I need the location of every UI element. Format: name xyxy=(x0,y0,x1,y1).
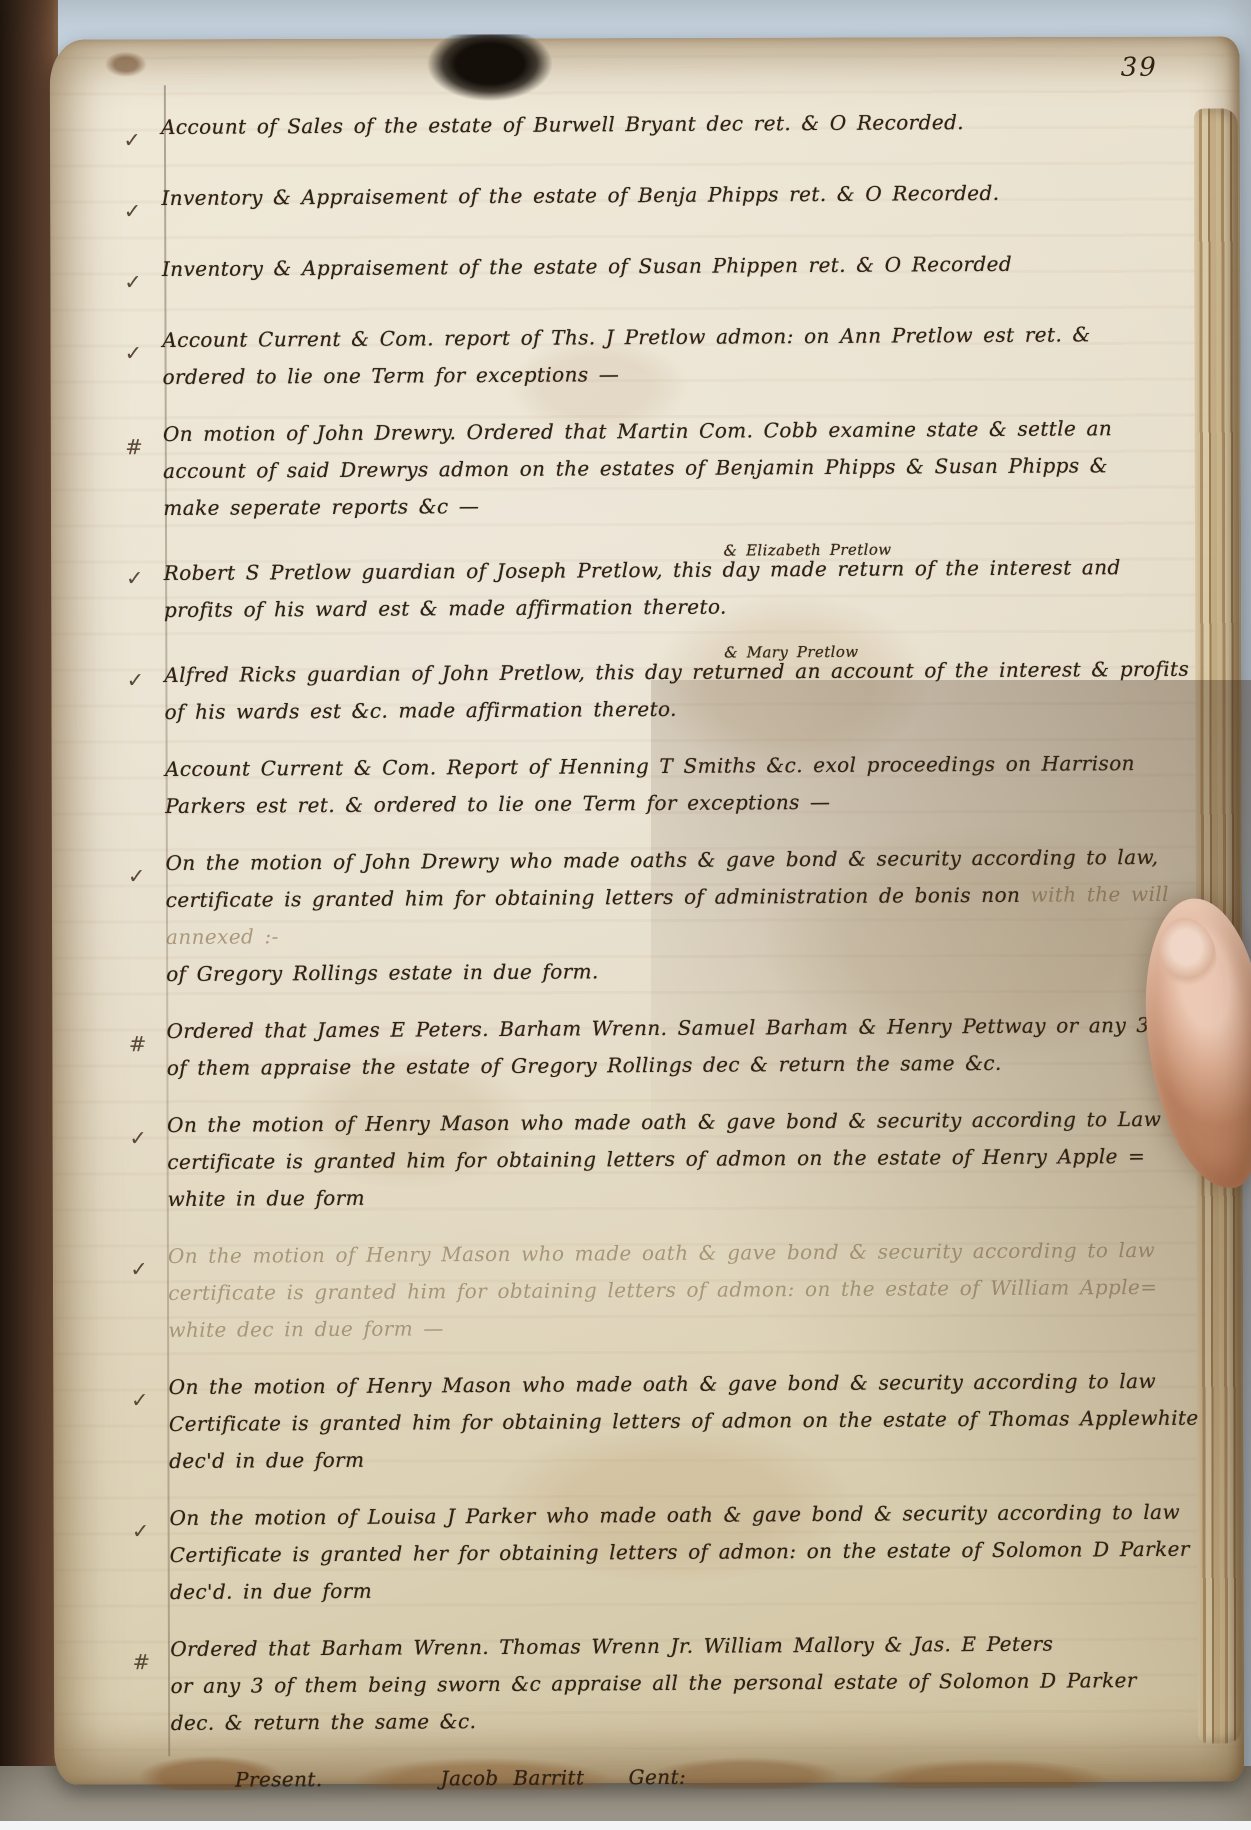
entry-body: On the motion of John Drewry who made oa… xyxy=(165,838,1208,992)
line-text: account of said Drewrys admon on the est… xyxy=(163,453,1108,483)
manuscript-line: Certificate is granted him for obtaining… xyxy=(169,1399,1211,1442)
margin-mark xyxy=(113,1761,171,1798)
manuscript-line: Inventory & Appraisement of the estate o… xyxy=(162,244,1204,287)
entry-body: On motion of John Drewry. Ordered that M… xyxy=(163,409,1206,526)
manuscript-line: On the motion of Henry Mason who made oa… xyxy=(167,1100,1209,1143)
margin-mark: ✓ xyxy=(104,322,162,396)
manuscript-line: Certificate is granted her for obtaining… xyxy=(170,1530,1212,1573)
manuscript-entry: #Ordered that Barham Wrenn. Thomas Wrenn… xyxy=(112,1624,1213,1742)
line-text: On the motion of Henry Mason who made oa… xyxy=(167,1106,1161,1136)
margin-mark xyxy=(107,751,165,825)
manuscript-entry: Account Current & Com. Report of Henning… xyxy=(107,744,1207,825)
entry-body: Ordered that Barham Wrenn. Thomas Wrenn … xyxy=(170,1624,1213,1741)
manuscript-entry: Present. Jacob Barritt Gent: xyxy=(113,1755,1213,1799)
margin-mark: # xyxy=(105,416,164,527)
manuscript-line: make seperate reports &c — xyxy=(163,483,1205,526)
book-photo: 39 ✓Account of Sales of the estate of Bu… xyxy=(0,0,1251,1830)
manuscript-entry: ✓& Elizabeth PretlowRobert S Pretlow gua… xyxy=(106,540,1206,629)
margin-mark: ✓ xyxy=(107,845,166,993)
manuscript-line: dec. & return the same &c. xyxy=(171,1698,1213,1741)
line-text: Account Current & Com. report of Ths. J … xyxy=(162,322,1090,352)
line-text: Inventory & Appraisement of the estate o… xyxy=(162,251,1012,280)
entry-body: On the motion of Henry Mason who made oa… xyxy=(167,1100,1210,1217)
manuscript-line: Account Current & Com. Report of Henning… xyxy=(165,744,1207,787)
entry-body: On the motion of Henry Mason who made oa… xyxy=(168,1231,1211,1348)
manuscript-entry: #On motion of John Drewry. Ordered that … xyxy=(105,409,1206,527)
entry-body: Account of Sales of the estate of Burwel… xyxy=(161,103,1203,160)
margin-mark: ✓ xyxy=(111,1499,170,1610)
manuscript-entry: #Ordered that James E Peters. Barham Wre… xyxy=(108,1006,1208,1087)
manuscript-line: dec'd in due form xyxy=(169,1436,1211,1479)
manuscript-line: On the motion of Henry Mason who made oa… xyxy=(169,1362,1211,1405)
manuscript-line: Ordered that James E Peters. Barham Wren… xyxy=(166,1006,1208,1049)
manuscript-line: of them appraise the estate of Gregory R… xyxy=(167,1043,1209,1086)
line-text: Parkers est ret. & ordered to lie one Te… xyxy=(165,789,830,817)
entry-body: Present. Jacob Barritt Gent: xyxy=(171,1755,1213,1798)
entry-body: Inventory & Appraisement of the estate o… xyxy=(161,173,1203,230)
margin-mark: ✓ xyxy=(106,547,164,629)
line-text: or any 3 of them being sworn &c appraise… xyxy=(170,1668,1136,1698)
thumbnail xyxy=(1154,915,1220,992)
manuscript-line: white in due form xyxy=(167,1174,1209,1217)
line-text: of them appraise the estate of Gregory R… xyxy=(167,1050,1002,1079)
margin-mark: ✓ xyxy=(103,180,161,231)
margin-mark: # xyxy=(112,1630,171,1741)
line-text: dec'd. in due form xyxy=(170,1578,372,1603)
entry-body: Account Current & Com. Report of Henning… xyxy=(165,744,1207,824)
manuscript-line: Account Current & Com. report of Ths. J … xyxy=(162,315,1204,358)
manuscript-entry: ✓On the motion of Henry Mason who made o… xyxy=(109,1100,1210,1218)
entry-body: Ordered that James E Peters. Barham Wren… xyxy=(166,1006,1208,1086)
entry-body: & Elizabeth PretlowRobert S Pretlow guar… xyxy=(164,540,1206,628)
book-spine xyxy=(0,0,58,1830)
manuscript-line: Present. Jacob Barritt Gent: xyxy=(171,1755,1213,1798)
entry-body: On the motion of Henry Mason who made oa… xyxy=(169,1362,1212,1479)
line-text: certificate is granted him for obtaining… xyxy=(167,1144,1145,1174)
line-text: On the motion of Louisa J Parker who mad… xyxy=(169,1499,1180,1529)
margin-mark: ✓ xyxy=(109,1107,168,1218)
manuscript-line: Alfred Ricks guardian of John Pretlow, t… xyxy=(164,650,1206,693)
manuscript-line: or any 3 of them being sworn &c appraise… xyxy=(170,1661,1212,1704)
manuscript-line: account of said Drewrys admon on the est… xyxy=(163,446,1205,489)
manuscript-line: certificate is granted him for obtaining… xyxy=(168,1268,1210,1311)
manuscript-line: On the motion of Henry Mason who made oa… xyxy=(168,1231,1210,1274)
line-text: Alfred Ricks guardian of John Pretlow, t… xyxy=(164,656,1189,686)
entry-body: Account Current & Com. report of Ths. J … xyxy=(162,315,1204,395)
manuscript-text: ✓Account of Sales of the estate of Burwe… xyxy=(103,103,1213,1819)
page-number: 39 xyxy=(1121,53,1158,83)
line-text: Certificate is granted her for obtaining… xyxy=(170,1536,1190,1566)
manuscript-line: of his wards est &c. made affirmation th… xyxy=(164,687,1206,730)
line-text: On motion of John Drewry. Ordered that M… xyxy=(163,416,1112,446)
manuscript-line: On motion of John Drewry. Ordered that M… xyxy=(163,409,1205,452)
manuscript-entry: ✓Inventory & Appraisement of the estate … xyxy=(103,173,1203,231)
entry-body: On the motion of Louisa J Parker who mad… xyxy=(169,1493,1212,1610)
line-text: white dec in due form — xyxy=(168,1316,444,1342)
line-text: Ordered that James E Peters. Barham Wren… xyxy=(166,1013,1149,1043)
line-text: Present. Jacob Barritt Gent: xyxy=(235,1764,686,1791)
burn-mark-corner xyxy=(98,47,154,81)
line-text: On the motion of Henry Mason who made oa… xyxy=(169,1368,1156,1398)
line-text: ordered to lie one Term for exceptions — xyxy=(162,362,619,389)
manuscript-line: Robert S Pretlow guardian of Joseph Pret… xyxy=(164,548,1206,591)
manuscript-entry: ✓On the motion of Louisa J Parker who ma… xyxy=(111,1493,1212,1611)
margin-mark: ✓ xyxy=(111,1369,170,1480)
manuscript-line: Inventory & Appraisement of the estate o… xyxy=(161,173,1203,216)
manuscript-line: of Gregory Rollings estate in due form. xyxy=(166,949,1208,992)
manuscript-line: certificate is granted him for obtaining… xyxy=(167,1137,1209,1180)
line-text: Account Current & Com. Report of Henning… xyxy=(165,751,1135,781)
photo-border xyxy=(0,1821,1251,1830)
manuscript-page: 39 ✓Account of Sales of the estate of Bu… xyxy=(50,36,1245,1784)
manuscript-line: certificate is granted him for obtaining… xyxy=(166,875,1208,955)
line-text: of his wards est &c. made affirmation th… xyxy=(165,696,677,723)
margin-mark: ✓ xyxy=(110,1238,169,1349)
line-text: Robert S Pretlow guardian of Joseph Pret… xyxy=(164,555,1121,585)
entry-body: & Mary PretlowAlfred Ricks guardian of J… xyxy=(164,642,1206,730)
line-text: Account of Sales of the estate of Burwel… xyxy=(161,110,964,139)
manuscript-line: Ordered that Barham Wrenn. Thomas Wrenn … xyxy=(170,1624,1212,1667)
manuscript-entry: ✓Inventory & Appraisement of the estate … xyxy=(104,244,1204,302)
line-text: make seperate reports &c — xyxy=(163,494,479,520)
manuscript-entry: ✓On the motion of Henry Mason who made o… xyxy=(111,1362,1212,1480)
manuscript-line: profits of his ward est & made affirmati… xyxy=(164,585,1206,628)
manuscript-entry: ✓& Mary PretlowAlfred Ricks guardian of … xyxy=(106,642,1206,731)
margin-mark: ✓ xyxy=(104,251,162,302)
manuscript-line: white dec in due form — xyxy=(168,1305,1210,1348)
manuscript-entry: ✓On the motion of John Drewry who made o… xyxy=(107,838,1208,993)
manuscript-line: On the motion of John Drewry who made oa… xyxy=(165,838,1207,881)
margin-mark: # xyxy=(108,1013,166,1087)
manuscript-entry: ✓On the motion of Henry Mason who made o… xyxy=(110,1231,1211,1349)
line-text: Inventory & Appraisement of the estate o… xyxy=(161,181,999,210)
line-text: certificate is granted him for obtaining… xyxy=(168,1274,1157,1304)
manuscript-line: Parkers est ret. & ordered to lie one Te… xyxy=(165,781,1207,824)
line-text: Ordered that Barham Wrenn. Thomas Wrenn … xyxy=(170,1631,1053,1660)
line-text: certificate is granted him for obtaining… xyxy=(166,882,1021,911)
manuscript-line: Account of Sales of the estate of Burwel… xyxy=(161,103,1203,146)
manuscript-entry: ✓Account of Sales of the estate of Burwe… xyxy=(103,103,1203,161)
manuscript-line: ordered to lie one Term for exceptions — xyxy=(162,352,1204,395)
line-text: On the motion of John Drewry who made oa… xyxy=(165,844,1158,874)
manuscript-line: dec'd. in due form xyxy=(170,1567,1212,1610)
line-text: On the motion of Henry Mason who made oa… xyxy=(168,1237,1155,1267)
line-text: white in due form xyxy=(168,1185,366,1210)
line-text: dec'd in due form xyxy=(169,1447,364,1472)
entry-body: Inventory & Appraisement of the estate o… xyxy=(162,244,1204,301)
margin-mark: ✓ xyxy=(103,109,161,160)
manuscript-line: On the motion of Louisa J Parker who mad… xyxy=(169,1493,1211,1536)
line-text: of Gregory Rollings estate in due form. xyxy=(166,959,599,986)
line-text: profits of his ward est & made affirmati… xyxy=(164,594,727,621)
manuscript-entry: ✓Account Current & Com. report of Ths. J… xyxy=(104,315,1204,396)
line-text: Certificate is granted him for obtaining… xyxy=(169,1405,1199,1435)
line-text: dec. & return the same &c. xyxy=(171,1709,477,1735)
margin-mark: ✓ xyxy=(106,649,164,731)
